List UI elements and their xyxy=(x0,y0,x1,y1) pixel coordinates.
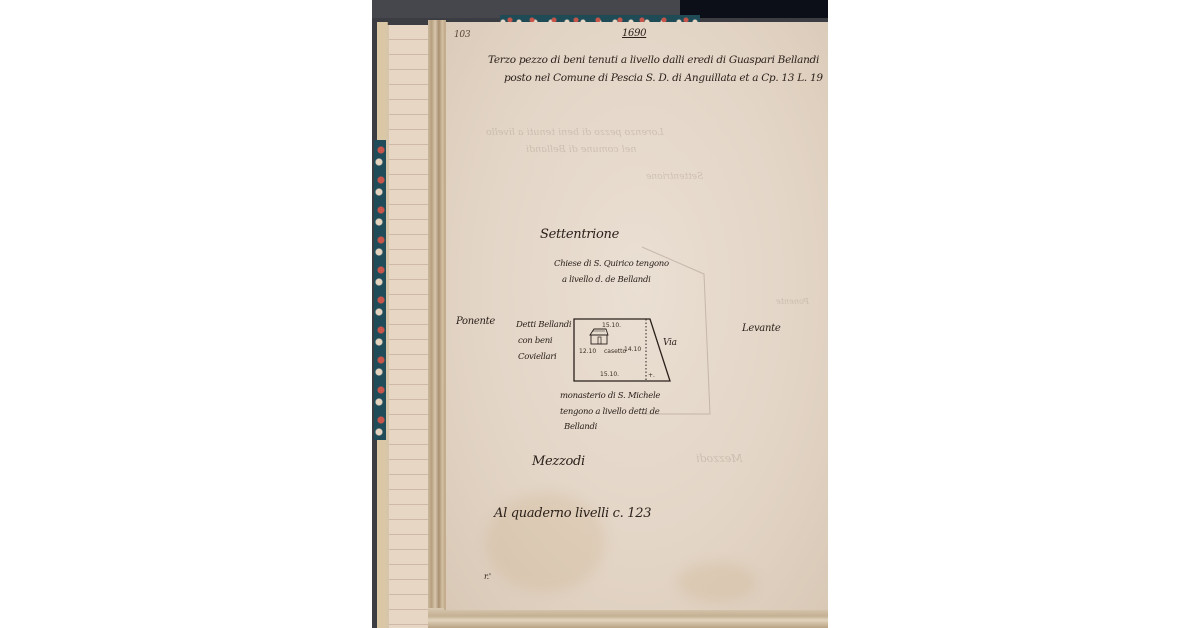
south-note-line-3: Bellandi xyxy=(564,422,597,432)
house-icon xyxy=(590,329,608,344)
west-note-line-2: con beni xyxy=(518,336,552,346)
cadastral-plot-diagram xyxy=(446,22,828,610)
bottom-mark: r.' xyxy=(484,572,491,581)
manuscript-scan: Lorenzo pezzo di beni tenuti a livello n… xyxy=(372,0,828,628)
page-bottom-edges xyxy=(428,608,828,628)
east-label: Levante xyxy=(742,323,780,334)
corner-mark: +. xyxy=(648,372,655,379)
south-note-line-2: tengono a livello detti de xyxy=(560,407,659,417)
south-label: Mezzodi xyxy=(532,454,585,469)
dimension-top: 15.10. xyxy=(602,322,621,329)
west-note-line-1: Detti Bellandi xyxy=(516,320,571,330)
north-label: Settentrione xyxy=(540,227,619,242)
west-label: Ponente xyxy=(456,316,495,327)
dimension-bottom: 15.10. xyxy=(600,371,619,378)
dimension-left: 12.10 xyxy=(579,348,596,355)
north-note-line-2: a livello d. de Bellandi xyxy=(562,275,651,285)
road-label: Via xyxy=(663,338,677,348)
north-note-line-1: Chiese di S. Quirico tengono xyxy=(554,259,669,269)
south-note-line-1: monasterio di S. Michele xyxy=(560,391,660,401)
west-note-line-3: Coviellari xyxy=(518,352,556,362)
ruled-ledger-page xyxy=(386,25,431,628)
register-reference: Al quaderno livelli c. 123 xyxy=(494,506,651,521)
manuscript-page: Lorenzo pezzo di beni tenuti a livello n… xyxy=(444,22,828,610)
dimension-right: 14.10 xyxy=(624,346,641,353)
scan-background-top-right xyxy=(680,0,828,18)
building-label: casetto xyxy=(604,348,626,355)
